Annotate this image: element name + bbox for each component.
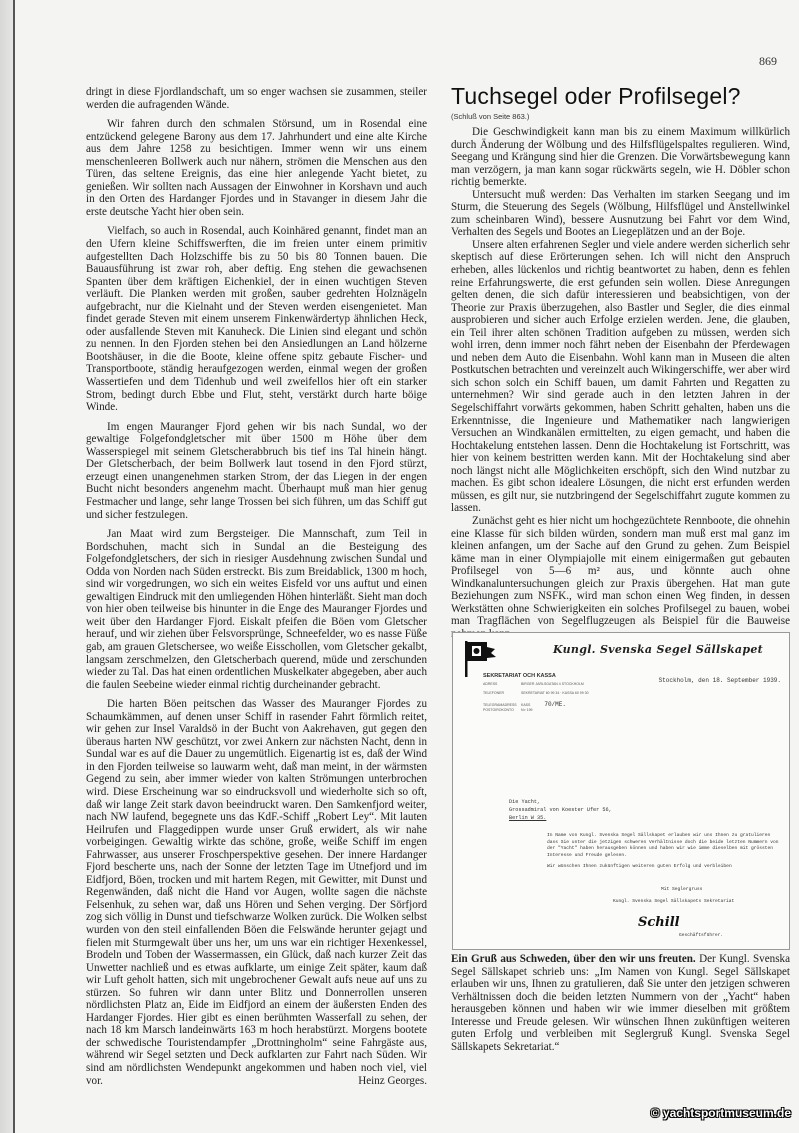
letterhead-row: POSTGIROKONTON:r 199 (483, 708, 603, 712)
author-signature: Heinz Georges. (337, 1075, 427, 1088)
paragraph: Unsere alten erfahrenen Segler und viele… (451, 239, 790, 515)
letter-role: Geschäftsführer. (679, 933, 723, 938)
row-key: TELEGRAMADRESS (483, 703, 521, 707)
paragraph-text: Die harten Böen peitschen das Wasser des… (86, 698, 427, 1086)
letter-greeting: Mit Seglergruss (661, 887, 702, 892)
page-number: 869 (759, 54, 777, 69)
paragraph: Untersucht muß werden: Das Verhalten im … (451, 189, 790, 239)
letter-body: In Name von Kungl. Svenska Segel Sällska… (507, 833, 779, 871)
caption-headline: Ein Gruß aus Schweden, über den wir uns … (451, 953, 696, 965)
paragraph: Vielfach, so auch in Rosendal, auch Koin… (86, 225, 427, 413)
recipient-line: Grossadmiral von Koester Ufer 56, (509, 807, 612, 813)
handwritten-signature: Schill (638, 915, 680, 930)
letterhead-title: Kungl. Svenska Segel Sällskapet (553, 643, 763, 656)
scan-margin (0, 0, 14, 1133)
letter-paragraph: Wir wünschen Ihnen zukünftigen weiteren … (507, 864, 779, 871)
recipient-line: Berlin W 35. (509, 815, 546, 821)
paragraph: Die harten Böen peitschen das Wasser des… (86, 698, 427, 1087)
burgee-flag-icon (463, 639, 499, 677)
paragraph: Im engen Mauranger Fjord gehen wir bis n… (86, 421, 427, 521)
letterhead-row: TELEGRAMADRESSKASS70/ME. (483, 701, 603, 708)
page-spine (13, 0, 15, 1133)
reference-number: 70/ME. (544, 701, 566, 708)
right-article-column: Die Geschwindigkeit kann man bis zu eine… (451, 126, 790, 640)
row-key: POSTGIROKONTO (483, 708, 521, 712)
paragraph: dringt in diese Fjordlandschaft, um so e… (86, 86, 427, 111)
letter-paragraph: In Name von Kungl. Svenska Segel Sällska… (507, 833, 779, 859)
caption-text: Der Kungl. Svenska Segel Sällskapet schr… (451, 953, 790, 1053)
letter-facsimile: Kungl. Svenska Segel Sällskapet SEKRETAR… (452, 632, 790, 950)
row-value: SEKRETARIAT 60 99 34 · KASSA 60 99 30 (521, 691, 589, 695)
paragraph: Zunächst geht es hier nicht um hochgezüc… (451, 515, 790, 640)
letterhead-row: ADRESSBIRGER JARLSGATAN 4 STOCKHOLM (483, 682, 603, 686)
paragraph: Jan Maat wird zum Bergsteiger. Die Manns… (86, 528, 427, 691)
continuation-note: (Schluß von Seite 863.) (451, 112, 529, 121)
recipient-line: Die Yacht, (509, 799, 540, 805)
image-caption: Ein Gruß aus Schweden, über den wir uns … (451, 953, 790, 1053)
letter-date: Stockholm, den 18. September 1939. (659, 677, 781, 684)
letterhead-department: SEKRETARIAT OCH KASSA (483, 673, 556, 679)
row-value: BIRGER JARLSGATAN 4 STOCKHOLM (521, 682, 584, 686)
row-value: KASS (521, 703, 530, 707)
letter-sender: Kungl. Svenska Segel Sällskapets Sekreta… (613, 899, 734, 904)
row-key: ADRESS (483, 682, 521, 686)
paragraph: Wir fahren durch den schmalen Störsund, … (86, 118, 427, 218)
copyright-watermark: © yachtsportmuseum.de (651, 1106, 791, 1120)
row-value: N:r 199 (521, 708, 532, 712)
row-key: TELEFONER (483, 691, 521, 695)
paragraph: Die Geschwindigkeit kann man bis zu eine… (451, 126, 790, 189)
article-title: Tuchsegel oder Profilsegel? (451, 83, 741, 110)
left-article-column: dringt in diese Fjordlandschaft, um so e… (86, 86, 427, 1094)
letterhead-row: TELEFONERSEKRETARIAT 60 99 34 · KASSA 60… (483, 691, 603, 695)
